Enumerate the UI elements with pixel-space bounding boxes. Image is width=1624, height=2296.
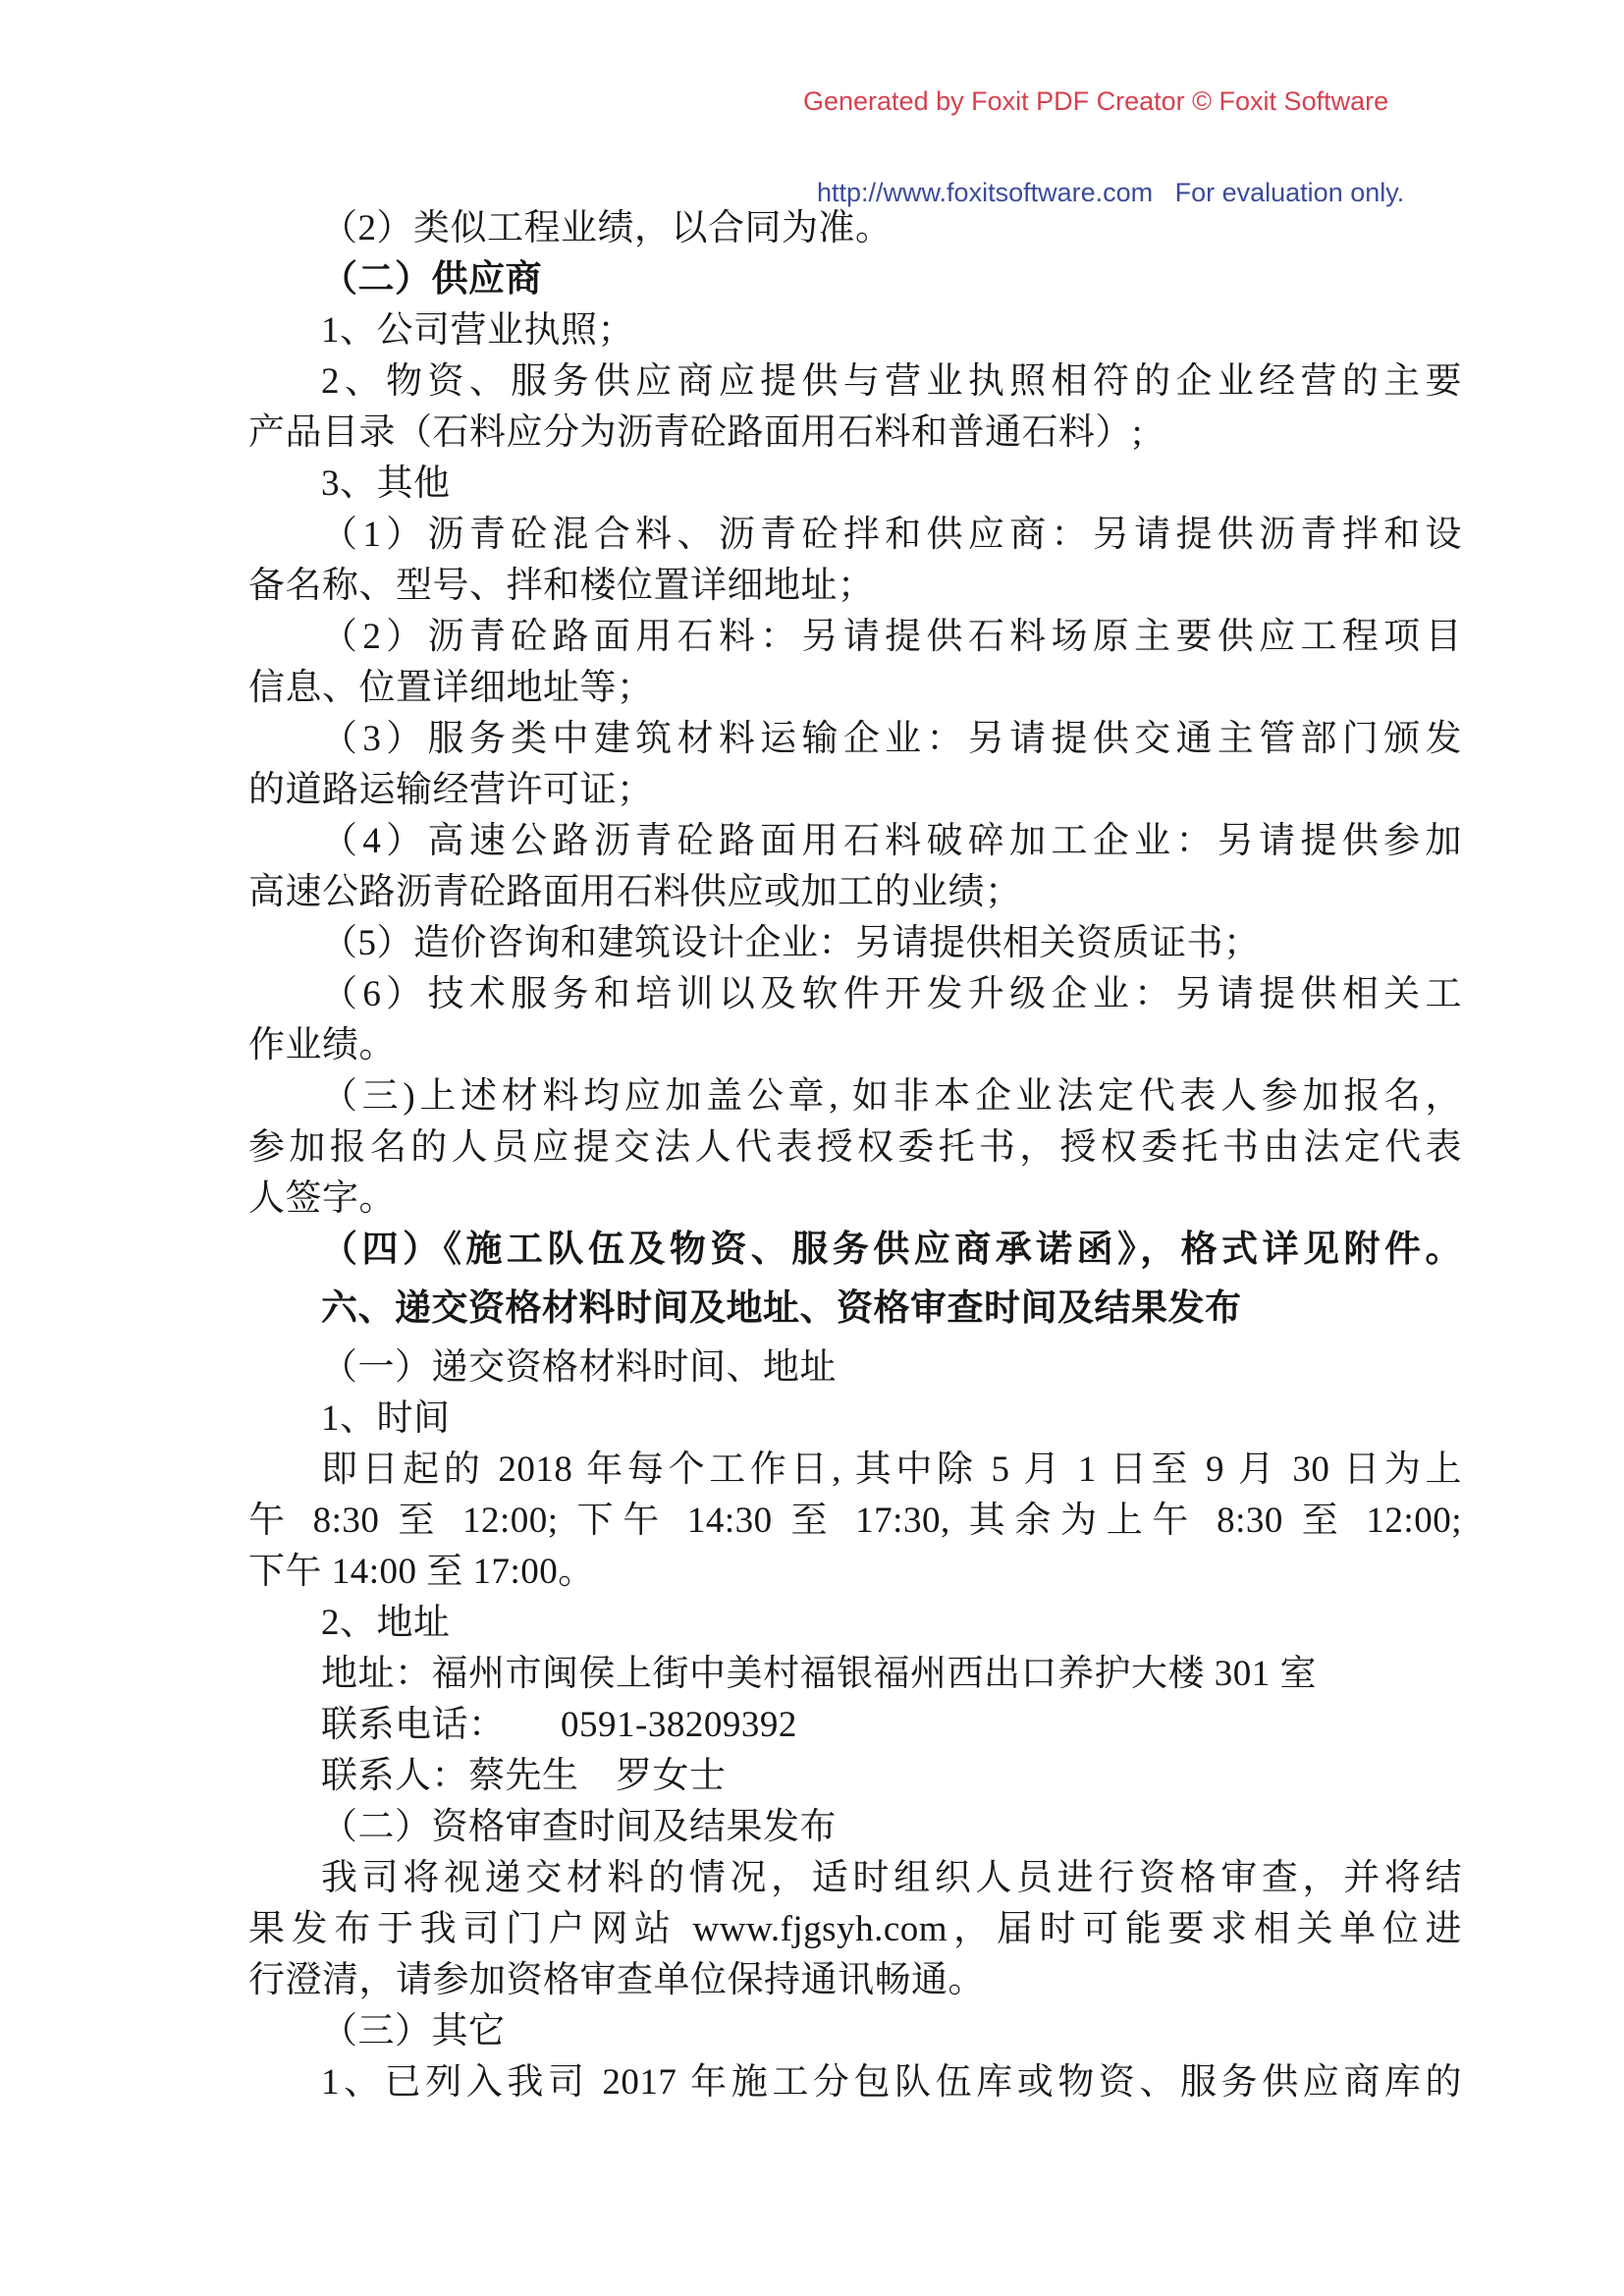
doc-line: 信息、位置详细地址等； [248, 663, 1462, 714]
doc-line: 高速公路沥青砼路面用石料供应或加工的业绩； [248, 867, 1462, 918]
doc-line: 备名称、型号、拌和楼位置详细地址； [248, 561, 1462, 612]
doc-line: （二）资格审查时间及结果发布 [248, 1802, 1462, 1853]
doc-line: 我司将视递交材料的情况，适时组织人员进行资格审查，并将结 [248, 1853, 1462, 1904]
document-page: Generated by Foxit PDF Creator © Foxit S… [0, 0, 1624, 2296]
subheading-commitment-letter: （四）《施工队伍及物资、服务供应商承诺函》，格式详见附件。 [248, 1225, 1462, 1276]
doc-line: （5）造价咨询和建筑设计企业：另请提供相关资质证书； [248, 918, 1462, 969]
doc-line: 1、已列入我司 2017 年施工分包队伍库或物资、服务供应商库的 [248, 2057, 1462, 2108]
doc-line: （4）高速公路沥青砼路面用石料破碎加工企业：另请提供参加 [248, 816, 1462, 867]
phone-line: 联系电话： 0591-38209392 [248, 1700, 1462, 1751]
address-line: 地址：福州市闽侯上街中美村福银福州西出口养护大楼 301 室 [248, 1649, 1462, 1700]
doc-line: （1）沥青砼混合料、沥青砼拌和供应商：另请提供沥青拌和设 [248, 510, 1462, 561]
doc-line: 1、时间 [248, 1394, 1462, 1445]
doc-line: 参加报名的人员应提交法人代表授权委托书，授权委托书由法定代表 [248, 1122, 1462, 1174]
doc-line: （2）类似工程业绩，以合同为准。 [248, 203, 1462, 254]
doc-line: （2）沥青砼路面用石料：另请提供石料场原主要供应工程项目 [248, 612, 1462, 663]
doc-line: 产品目录（石料应分为沥青砼路面用石料和普通石料）; [248, 408, 1462, 459]
doc-line: 行澄清，请参加资格审查单位保持通讯畅通。 [248, 1955, 1462, 2006]
doc-line: 的道路运输经营许可证； [248, 765, 1462, 816]
doc-line: （三）其它 [248, 2006, 1462, 2057]
doc-line: 2、地址 [248, 1598, 1462, 1649]
watermark-line-1: Generated by Foxit PDF Creator © Foxit S… [803, 86, 1404, 117]
doc-line: 人签字。 [248, 1174, 1462, 1225]
doc-line: 下午 14:00 至 17:00。 [248, 1547, 1462, 1598]
contact-person-line: 联系人：蔡先生 罗女士 [248, 1751, 1462, 1802]
doc-line: 作业绩。 [248, 1020, 1462, 1071]
document-body: （2）类似工程业绩，以合同为准。 （二）供应商 1、公司营业执照； 2、物资、服… [248, 203, 1462, 2108]
subheading-supplier: （二）供应商 [248, 254, 1462, 305]
doc-line: （6）技术服务和培训以及软件开发升级企业：另请提供相关工 [248, 969, 1462, 1020]
doc-line: （三)上述材料均应加盖公章, 如非本企业法定代表人参加报名， [248, 1071, 1462, 1122]
doc-line: 即日起的 2018 年每个工作日, 其中除 5 月 1 日至 9 月 30 日为… [248, 1445, 1462, 1496]
doc-line: （3）服务类中建筑材料运输企业：另请提供交通主管部门颁发 [248, 714, 1462, 765]
doc-line: 1、公司营业执照； [248, 305, 1462, 356]
doc-line: 午 8:30 至 12:00; 下午 14:30 至 17:30, 其余为上午 … [248, 1496, 1462, 1547]
website-line: 果发布于我司门户网站 www.fjgsyh.com，届时可能要求相关单位进 [248, 1904, 1462, 1955]
doc-line: 2、物资、服务供应商应提供与营业执照相符的企业经营的主要 [248, 356, 1462, 408]
doc-line: （一）递交资格材料时间、地址 [248, 1342, 1462, 1394]
section-heading-6: 六、递交资格材料时间及地址、资格审查时间及结果发布 [248, 1284, 1462, 1335]
doc-line: 3、其他 [248, 459, 1462, 510]
